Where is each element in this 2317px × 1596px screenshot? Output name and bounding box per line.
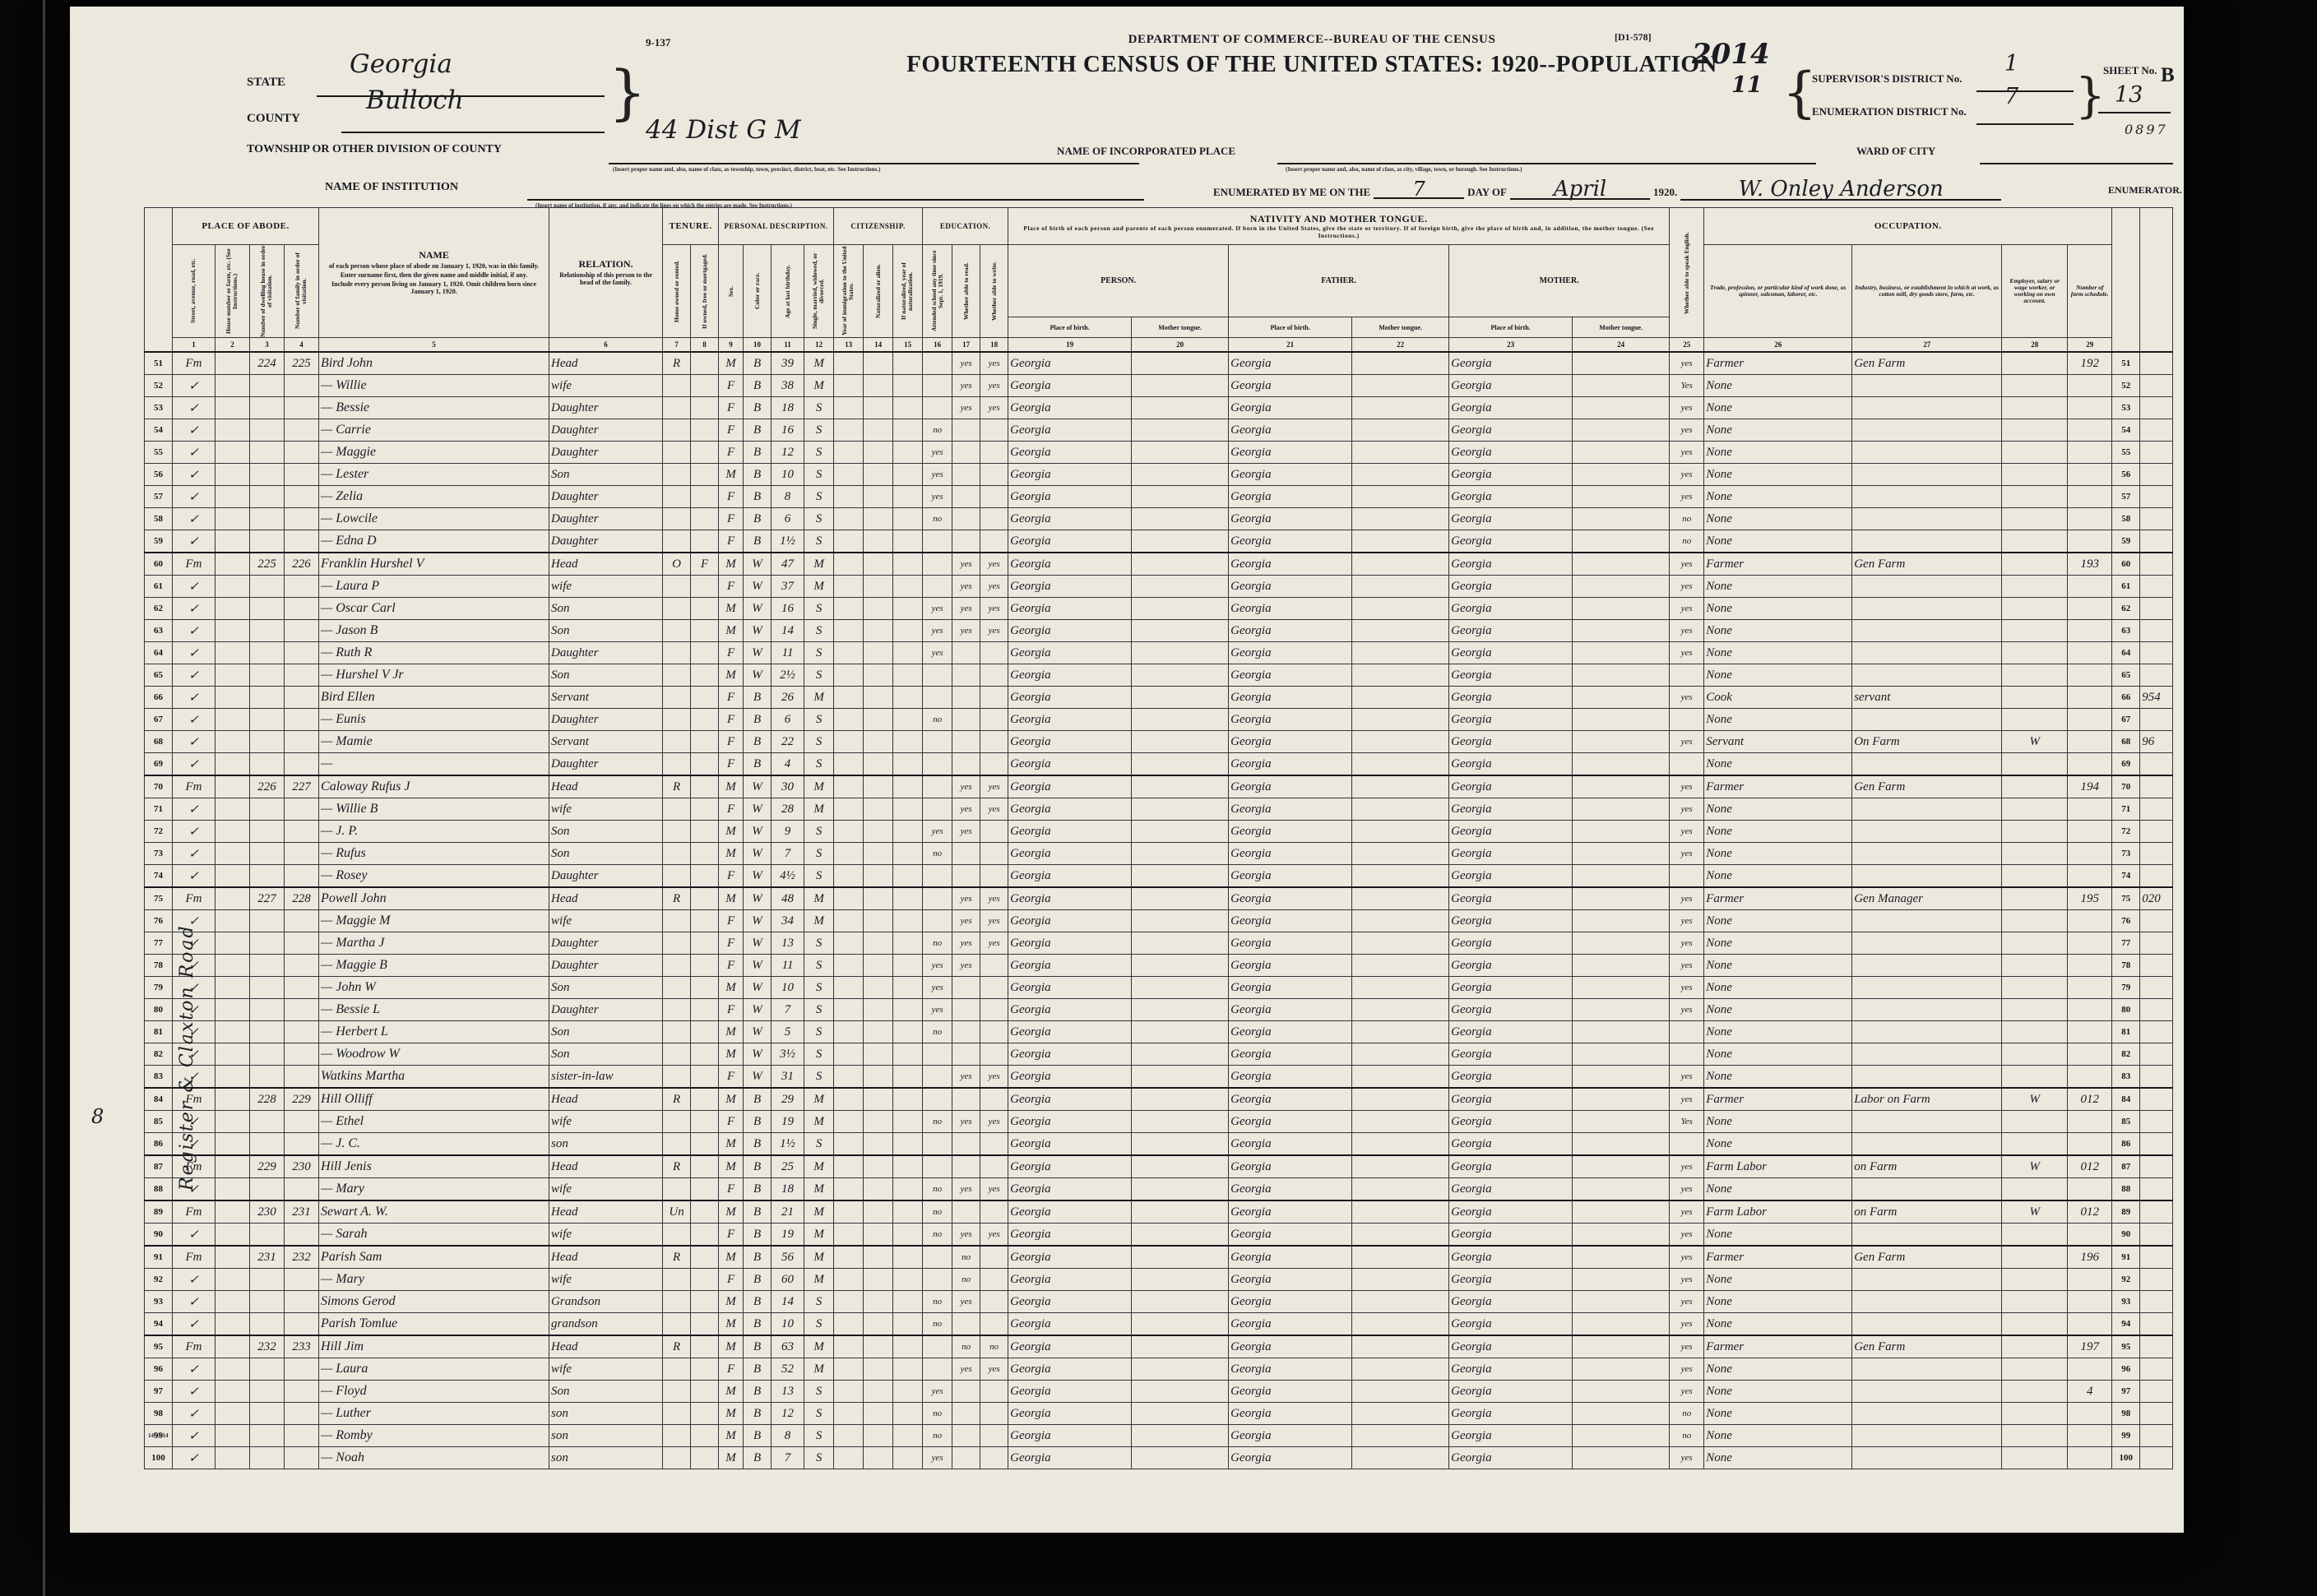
mother-tongue-mother	[1573, 1246, 1670, 1269]
birthplace-father: Georgia	[1229, 352, 1352, 375]
naturalized-alien	[864, 1224, 893, 1247]
mother-tongue-father	[1352, 553, 1449, 576]
birthplace-father: Georgia	[1229, 977, 1352, 999]
column-c29: Number of farm schedule.	[2068, 245, 2112, 338]
dwelling-number	[250, 731, 285, 753]
group-relation: RELATION.Relationship of this person to …	[549, 208, 663, 338]
birthplace-person: Georgia	[1008, 977, 1132, 999]
birthplace-mother: Georgia	[1449, 1335, 1573, 1358]
birthplace-father: Georgia	[1229, 486, 1352, 508]
naturalized-alien	[864, 977, 893, 999]
occupation: Farmer	[1704, 775, 1852, 798]
industry: On Farm	[1852, 731, 2002, 753]
farm-schedule-number	[2068, 1447, 2112, 1469]
table-row: 63✓— Jason BSonMW14SyesyesyesGeorgiaGeor…	[145, 620, 2173, 642]
age: 56	[772, 1246, 804, 1269]
age: 34	[772, 910, 804, 932]
line-number-column-header	[145, 208, 173, 353]
table-row: 61✓— Laura PwifeFW37MyesyesGeorgiaGeorgi…	[145, 576, 2173, 598]
able-to-write	[980, 1269, 1008, 1291]
year-immigration	[834, 775, 864, 798]
dwelling-number	[250, 375, 285, 397]
township-underline	[609, 163, 1139, 164]
naturalized-alien	[864, 999, 893, 1021]
free-mortgaged	[691, 442, 719, 464]
column-c7: Home owned or rented.	[663, 245, 691, 338]
line-number-right: 72	[2112, 821, 2140, 843]
able-to-write: yes	[980, 887, 1008, 910]
sex: M	[719, 620, 744, 642]
birthplace-mother: Georgia	[1449, 1403, 1573, 1425]
ditto-checkmark: ✓	[173, 375, 215, 397]
mother-tongue-father	[1352, 375, 1449, 397]
occupation: None	[1704, 397, 1852, 419]
column-mother-tongue: Mother tongue.	[1573, 317, 1670, 338]
line-number: 59	[145, 530, 173, 553]
year-immigration	[834, 1066, 864, 1089]
year-naturalization	[893, 576, 923, 598]
free-mortgaged	[691, 910, 719, 932]
margin-annotation	[2140, 1043, 2173, 1066]
home-owned-rented	[663, 419, 691, 442]
naturalized-alien	[864, 1021, 893, 1043]
mother-tongue-father	[1352, 576, 1449, 598]
street-farm-mark: Fm	[173, 352, 215, 375]
farm-schedule-number	[2068, 1313, 2112, 1336]
employer-worker	[2002, 865, 2068, 888]
age: 52	[772, 1358, 804, 1381]
street-name-vertical: Register & Claxton Road	[177, 401, 197, 1191]
birthplace-mother: Georgia	[1449, 843, 1573, 865]
person-name: Parish Tomlue	[319, 1313, 549, 1336]
birthplace-person: Georgia	[1008, 1043, 1132, 1066]
attended-school	[923, 865, 952, 888]
column-c3: Number of dwelling house in order of vis…	[250, 245, 285, 338]
house-number	[215, 352, 250, 375]
relation: Daughter	[549, 642, 663, 664]
naturalized-alien	[864, 397, 893, 419]
column-number: 21	[1229, 338, 1352, 353]
margin-annotation: 954	[2140, 687, 2173, 709]
free-mortgaged	[691, 419, 719, 442]
color-race: W	[744, 798, 772, 821]
birthplace-father: Georgia	[1229, 709, 1352, 731]
naturalized-alien	[864, 1425, 893, 1447]
employer-worker	[2002, 1291, 2068, 1313]
birthplace-person: Georgia	[1008, 1269, 1132, 1291]
home-owned-rented	[663, 910, 691, 932]
ditto-checkmark: ✓	[173, 1381, 215, 1403]
home-owned-rented	[663, 598, 691, 620]
birthplace-mother: Georgia	[1449, 1224, 1573, 1247]
birthplace-person: Georgia	[1008, 419, 1132, 442]
marital-status: S	[804, 955, 834, 977]
naturalized-alien	[864, 352, 893, 375]
person-name: Bird Ellen	[319, 687, 549, 709]
industry	[1852, 1447, 2002, 1469]
nativity-group-header: NATIVITY AND MOTHER TONGUE.Place of birt…	[1010, 213, 1667, 239]
family-number: 231	[285, 1200, 319, 1224]
able-to-read	[952, 508, 980, 530]
industry	[1852, 1043, 2002, 1066]
year-immigration	[834, 442, 864, 464]
plate-number: [D1-578]	[1615, 31, 1652, 44]
home-owned-rented	[663, 508, 691, 530]
marital-status: M	[804, 1269, 834, 1291]
occupation: Farmer	[1704, 1246, 1852, 1269]
mother-tongue-person	[1132, 1291, 1229, 1313]
marital-status: S	[804, 932, 834, 955]
able-to-read	[952, 419, 980, 442]
mother-tongue-person	[1132, 620, 1229, 642]
occupation: None	[1704, 865, 1852, 888]
line-number-right: 91	[2112, 1246, 2140, 1269]
occupation: None	[1704, 576, 1852, 598]
mother-tongue-person	[1132, 1335, 1229, 1358]
sex: M	[719, 775, 744, 798]
employer-worker	[2002, 999, 2068, 1021]
industry	[1852, 1269, 2002, 1291]
birthplace-father: Georgia	[1229, 1178, 1352, 1201]
mother-tongue-person	[1132, 865, 1229, 888]
table-row: 97✓— FloydSonMB13SyesGeorgiaGeorgiaGeorg…	[145, 1381, 2173, 1403]
dwelling-number	[250, 442, 285, 464]
mother-tongue-person	[1132, 1021, 1229, 1043]
relation: Daughter	[549, 442, 663, 464]
naturalized-alien	[864, 1269, 893, 1291]
line-number: 98	[145, 1403, 173, 1425]
column-number: 16	[923, 338, 952, 353]
birthplace-father: Georgia	[1229, 576, 1352, 598]
birthplace-mother: Georgia	[1449, 1178, 1573, 1201]
sex: F	[719, 576, 744, 598]
dwelling-number: 228	[250, 1088, 285, 1111]
birthplace-mother: Georgia	[1449, 464, 1573, 486]
speaks-english	[1670, 709, 1704, 731]
naturalized-alien	[864, 664, 893, 687]
margin-annotation	[2140, 775, 2173, 798]
family-number: 226	[285, 553, 319, 576]
enumeration-district-value: 7	[2004, 84, 2018, 109]
free-mortgaged	[691, 821, 719, 843]
year-immigration	[834, 999, 864, 1021]
birthplace-person: Georgia	[1008, 620, 1132, 642]
line-number-right: 54	[2112, 419, 2140, 442]
able-to-write: yes	[980, 775, 1008, 798]
employer-worker	[2002, 576, 2068, 598]
free-mortgaged	[691, 620, 719, 642]
industry	[1852, 999, 2002, 1021]
house-number	[215, 1269, 250, 1291]
person-name: — Ruth R	[319, 642, 549, 664]
relation: son	[549, 1425, 663, 1447]
relation: Head	[549, 553, 663, 576]
line-number-right: 77	[2112, 932, 2140, 955]
line-number-right: 98	[2112, 1403, 2140, 1425]
line-number: 92	[145, 1269, 173, 1291]
group-name: NAMEof each person whose place of abode …	[319, 208, 549, 338]
naturalized-alien	[864, 932, 893, 955]
marital-status: S	[804, 709, 834, 731]
sex: F	[719, 1066, 744, 1089]
naturalized-alien	[864, 576, 893, 598]
table-row: 95Fm232233Hill JimHeadRMB63MnonoGeorgiaG…	[145, 1335, 2173, 1358]
margin-annotation	[2140, 1313, 2173, 1336]
person-name: — Romby	[319, 1425, 549, 1447]
line-number-right: 76	[2112, 910, 2140, 932]
birthplace-person: Georgia	[1008, 1403, 1132, 1425]
farm-schedule-number	[2068, 642, 2112, 664]
birthplace-father: Georgia	[1229, 1313, 1352, 1336]
margin-annotation	[2140, 1200, 2173, 1224]
farm-schedule-number: 197	[2068, 1335, 2112, 1358]
year-immigration	[834, 1313, 864, 1336]
employer-worker	[2002, 464, 2068, 486]
mother-tongue-father	[1352, 687, 1449, 709]
color-race: B	[744, 1224, 772, 1247]
sex: M	[719, 1246, 744, 1269]
naturalized-alien	[864, 955, 893, 977]
relation: Son	[549, 620, 663, 642]
vertical-column-label: Whether able to write.	[991, 245, 998, 337]
vertical-column-label: Age at last birthday.	[785, 245, 791, 337]
mother-tongue-mother	[1573, 709, 1670, 731]
employer-worker	[2002, 709, 2068, 731]
free-mortgaged	[691, 664, 719, 687]
birthplace-mother: Georgia	[1449, 865, 1573, 888]
ditto-checkmark: ✓	[173, 1358, 215, 1381]
mother-tongue-father	[1352, 642, 1449, 664]
birthplace-mother: Georgia	[1449, 1021, 1573, 1043]
year-naturalization	[893, 865, 923, 888]
vertical-column-label: Home owned or rented.	[674, 245, 680, 337]
mother-tongue-mother	[1573, 1335, 1670, 1358]
attended-school: yes	[923, 486, 952, 508]
occupation: None	[1704, 1111, 1852, 1133]
sex: F	[719, 731, 744, 753]
margin-annotation	[2140, 955, 2173, 977]
place-fine-print: (Insert proper name and, also, name of c…	[1286, 166, 1820, 173]
industry: Gen Farm	[1852, 553, 2002, 576]
attended-school: no	[923, 709, 952, 731]
industry: Gen Farm	[1852, 775, 2002, 798]
naturalized-alien	[864, 508, 893, 530]
dwelling-number	[250, 1043, 285, 1066]
speaks-english: yes	[1670, 1246, 1704, 1269]
color-race: B	[744, 397, 772, 419]
sex: M	[719, 1425, 744, 1447]
mother-tongue-father	[1352, 1291, 1449, 1313]
able-to-write: no	[980, 1335, 1008, 1358]
margin-annotation	[2140, 1403, 2173, 1425]
birthplace-father: Georgia	[1229, 1381, 1352, 1403]
film-edge-streak	[43, 0, 45, 1596]
line-number: 63	[145, 620, 173, 642]
able-to-write	[980, 442, 1008, 464]
birthplace-mother: Georgia	[1449, 486, 1573, 508]
naturalized-alien	[864, 1111, 893, 1133]
occupation: None	[1704, 1358, 1852, 1381]
line-number-right: 90	[2112, 1224, 2140, 1247]
color-race: W	[744, 775, 772, 798]
birthplace-mother: Georgia	[1449, 664, 1573, 687]
line-number: 67	[145, 709, 173, 731]
color-race: W	[744, 1043, 772, 1066]
dwelling-number	[250, 1066, 285, 1089]
industry: on Farm	[1852, 1200, 2002, 1224]
able-to-write: yes	[980, 397, 1008, 419]
home-owned-rented	[663, 977, 691, 999]
birthplace-person: Georgia	[1008, 1335, 1132, 1358]
year-naturalization	[893, 1021, 923, 1043]
relation-column-header: RELATION.Relationship of this person to …	[551, 258, 660, 287]
free-mortgaged	[691, 508, 719, 530]
farm-schedule-number	[2068, 442, 2112, 464]
person-name: — Laura P	[319, 576, 549, 598]
able-to-write: yes	[980, 932, 1008, 955]
birthplace-mother: Georgia	[1449, 887, 1573, 910]
mother-tongue-person	[1132, 1447, 1229, 1469]
year-immigration	[834, 553, 864, 576]
speaks-english: yes	[1670, 553, 1704, 576]
home-owned-rented	[663, 1021, 691, 1043]
table-row: 74✓— RoseyDaughterFW4½SGeorgiaGeorgiaGeo…	[145, 865, 2173, 888]
age: 7	[772, 843, 804, 865]
age: 1½	[772, 530, 804, 553]
industry	[1852, 1224, 2002, 1247]
sex: F	[719, 508, 744, 530]
person-name: — Edna D	[319, 530, 549, 553]
free-mortgaged	[691, 955, 719, 977]
mother-tongue-father	[1352, 1403, 1449, 1425]
birthplace-father: Georgia	[1229, 821, 1352, 843]
attended-school: yes	[923, 977, 952, 999]
year-immigration	[834, 687, 864, 709]
birthplace-mother: Georgia	[1449, 508, 1573, 530]
speaks-english: yes	[1670, 731, 1704, 753]
line-number-right: 59	[2112, 530, 2140, 553]
farm-schedule-number	[2068, 865, 2112, 888]
birthplace-person: Georgia	[1008, 955, 1132, 977]
naturalized-alien	[864, 709, 893, 731]
speaks-english: no	[1670, 530, 1704, 553]
table-row: 88✓— MarywifeFB18MnoyesyesGeorgiaGeorgia…	[145, 1178, 2173, 1201]
birthplace-mother: Georgia	[1449, 1269, 1573, 1291]
color-race: B	[744, 709, 772, 731]
table-row: 85✓— EthelwifeFB19MnoyesyesGeorgiaGeorgi…	[145, 1111, 2173, 1133]
column-number: 13	[834, 338, 864, 353]
birthplace-father: Georgia	[1229, 1111, 1352, 1133]
speaks-english	[1670, 1021, 1704, 1043]
mother-tongue-person	[1132, 910, 1229, 932]
color-race: B	[744, 1313, 772, 1336]
naturalized-alien	[864, 1381, 893, 1403]
line-number-right: 58	[2112, 508, 2140, 530]
age: 63	[772, 1335, 804, 1358]
mother-tongue-father	[1352, 620, 1449, 642]
home-owned-rented	[663, 731, 691, 753]
mother-tongue-person	[1132, 731, 1229, 753]
speaks-english	[1670, 865, 1704, 888]
free-mortgaged	[691, 1155, 719, 1178]
attended-school: yes	[923, 464, 952, 486]
year-naturalization	[893, 464, 923, 486]
marital-status: S	[804, 530, 834, 553]
able-to-write: yes	[980, 620, 1008, 642]
naturalized-alien	[864, 1066, 893, 1089]
column-c9: Sex.	[719, 245, 744, 338]
industry	[1852, 464, 2002, 486]
margin-annotation	[2140, 620, 2173, 642]
employer-worker	[2002, 1403, 2068, 1425]
column-number: 4	[285, 338, 319, 353]
institution-underline	[527, 199, 1144, 201]
employer-worker	[2002, 1358, 2068, 1381]
farm-schedule-number	[2068, 843, 2112, 865]
mother-tongue-mother	[1573, 977, 1670, 999]
attended-school	[923, 1066, 952, 1089]
table-row: 91Fm231232Parish SamHeadRMB56MnoGeorgiaG…	[145, 1246, 2173, 1269]
line-number-right: 65	[2112, 664, 2140, 687]
farm-schedule-number	[2068, 1269, 2112, 1291]
employer-worker	[2002, 442, 2068, 464]
marital-status: S	[804, 977, 834, 999]
birthplace-father: Georgia	[1229, 887, 1352, 910]
person-name: — Maggie B	[319, 955, 549, 977]
family-number	[285, 576, 319, 598]
relation: son	[549, 1133, 663, 1156]
color-race: B	[744, 1269, 772, 1291]
birthplace-father: Georgia	[1229, 642, 1352, 664]
naturalized-alien	[864, 598, 893, 620]
industry	[1852, 977, 2002, 999]
table-row: 82✓— Woodrow WSonMW3½SGeorgiaGeorgiaGeor…	[145, 1043, 2173, 1066]
farm-schedule-number	[2068, 620, 2112, 642]
mother-tongue-mother	[1573, 553, 1670, 576]
mother-tongue-father	[1352, 1088, 1449, 1111]
free-mortgaged	[691, 1133, 719, 1156]
marital-status: M	[804, 687, 834, 709]
occupation: None	[1704, 598, 1852, 620]
free-mortgaged	[691, 1246, 719, 1269]
birthplace-person: Georgia	[1008, 798, 1132, 821]
occupation: None	[1704, 1447, 1852, 1469]
corner-stamp: 0897	[2125, 122, 2168, 137]
mother-tongue-father	[1352, 1155, 1449, 1178]
house-number	[215, 553, 250, 576]
birthplace-person: Georgia	[1008, 999, 1132, 1021]
birthplace-mother: Georgia	[1449, 620, 1573, 642]
age: 2½	[772, 664, 804, 687]
dwelling-number	[250, 1381, 285, 1403]
ditto-checkmark: ✓	[173, 1313, 215, 1336]
occupation: None	[1704, 821, 1852, 843]
line-number-right: 61	[2112, 576, 2140, 598]
home-owned-rented	[663, 865, 691, 888]
year-naturalization	[893, 352, 923, 375]
attended-school	[923, 798, 952, 821]
employer-worker	[2002, 620, 2068, 642]
table-row: 51Fm224225Bird JohnHeadRMB39MyesyesGeorg…	[145, 352, 2173, 375]
birthplace-father: Georgia	[1229, 1200, 1352, 1224]
house-number	[215, 442, 250, 464]
relation: Son	[549, 1021, 663, 1043]
sex: M	[719, 1088, 744, 1111]
attended-school	[923, 887, 952, 910]
birthplace-father: Georgia	[1229, 753, 1352, 776]
year-immigration	[834, 598, 864, 620]
birthplace-person: Georgia	[1008, 843, 1132, 865]
